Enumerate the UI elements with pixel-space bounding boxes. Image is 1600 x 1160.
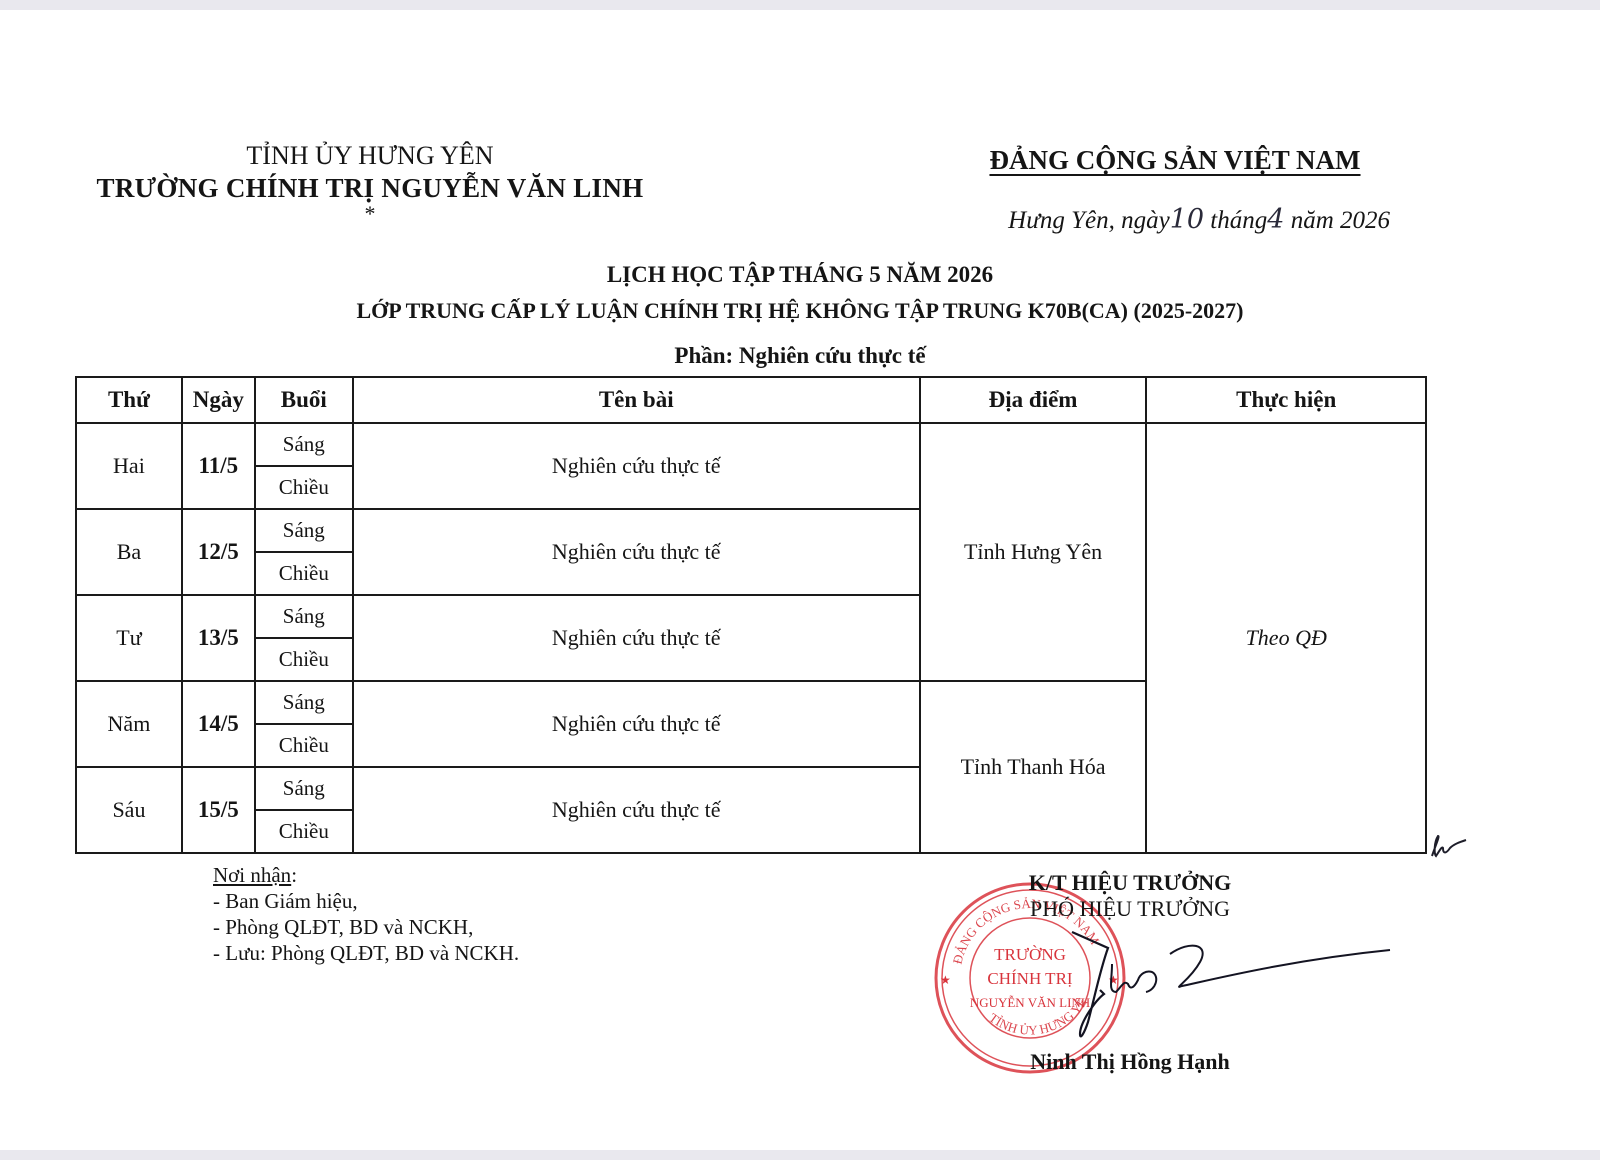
- document-page: TỈNH ỦY HƯNG YÊN TRƯỜNG CHÍNH TRỊ NGUYỄN…: [0, 10, 1600, 1150]
- col-header-ngay: Ngày: [182, 377, 255, 423]
- recipients-label: Nơi nhận: [213, 863, 291, 887]
- signer-role-primary: K/T HIỆU TRƯỞNG: [960, 870, 1300, 896]
- cell-ngay: 11/5: [182, 423, 255, 509]
- cell-ngay: 14/5: [182, 681, 255, 767]
- col-header-buoi: Buổi: [255, 377, 353, 423]
- cell-thuc-hien: Theo QĐ: [1146, 423, 1426, 853]
- table-row: Hai 11/5 Sáng Nghiên cứu thực tế Tỉnh Hư…: [76, 423, 1426, 466]
- handwritten-signature: [1050, 930, 1430, 1050]
- cell-ngay: 12/5: [182, 509, 255, 595]
- signer-role-secondary: PHÓ HIỆU TRƯỞNG: [960, 896, 1300, 922]
- recipients-block: Nơi nhận: - Ban Giám hiệu, - Phòng QLĐT,…: [213, 862, 519, 966]
- col-header-thu: Thứ: [76, 377, 182, 423]
- recipient-item: - Phòng QLĐT, BD và NCKH,: [213, 914, 519, 940]
- issuer-block: TỈNH ỦY HƯNG YÊN TRƯỜNG CHÍNH TRỊ NGUYỄN…: [80, 140, 660, 224]
- signature-block: K/T HIỆU TRƯỞNG PHÓ HIỆU TRƯỞNG: [960, 870, 1300, 922]
- table-header-row: Thứ Ngày Buổi Tên bài Địa điểm Thực hiện: [76, 377, 1426, 423]
- month-prefix: tháng: [1210, 207, 1267, 234]
- handwritten-month: 4: [1267, 204, 1284, 235]
- document-part: Phần: Nghiên cứu thực tế: [0, 343, 1600, 369]
- star-mark: *: [80, 204, 660, 224]
- cell-dia-diem: Tỉnh Thanh Hóa: [920, 681, 1147, 853]
- recipient-item: - Lưu: Phòng QLĐT, BD và NCKH.: [213, 940, 519, 966]
- cell-ngay: 13/5: [182, 595, 255, 681]
- date-prefix: Hưng Yên, ngày: [1008, 207, 1170, 234]
- cell-ten-bai: Nghiên cứu thực tế: [353, 767, 920, 853]
- national-header: ĐẢNG CỘNG SẢN VIỆT NAM Hưng Yên, ngày10 …: [940, 145, 1410, 235]
- cell-buoi-chieu: Chiều: [255, 724, 353, 767]
- cell-thu: Sáu: [76, 767, 182, 853]
- col-header-ten-bai: Tên bài: [353, 377, 920, 423]
- cell-buoi-chieu: Chiều: [255, 810, 353, 853]
- signer-name: Ninh Thị Hồng Hạnh: [960, 1049, 1300, 1075]
- cell-buoi-chieu: Chiều: [255, 552, 353, 595]
- schedule-table: Thứ Ngày Buổi Tên bài Địa điểm Thực hiện…: [75, 376, 1427, 854]
- cell-buoi-sang: Sáng: [255, 509, 353, 552]
- cell-thu: Năm: [76, 681, 182, 767]
- handwritten-initial: [1428, 830, 1468, 860]
- party-name: ĐẢNG CỘNG SẢN VIỆT NAM: [940, 145, 1410, 176]
- svg-text:★: ★: [940, 973, 951, 987]
- cell-ten-bai: Nghiên cứu thực tế: [353, 423, 920, 509]
- org-parent: TỈNH ỦY HƯNG YÊN: [80, 140, 660, 172]
- cell-buoi-sang: Sáng: [255, 767, 353, 810]
- cell-ngay: 15/5: [182, 767, 255, 853]
- recipient-item: - Ban Giám hiệu,: [213, 888, 519, 914]
- cell-thu: Tư: [76, 595, 182, 681]
- document-subtitle: LỚP TRUNG CẤP LÝ LUẬN CHÍNH TRỊ HỆ KHÔNG…: [0, 298, 1600, 324]
- year-text: năm 2026: [1291, 207, 1390, 234]
- cell-buoi-sang: Sáng: [255, 681, 353, 724]
- cell-thu: Ba: [76, 509, 182, 595]
- col-header-thuc-hien: Thực hiện: [1146, 377, 1426, 423]
- cell-dia-diem: Tỉnh Hưng Yên: [920, 423, 1147, 681]
- cell-ten-bai: Nghiên cứu thực tế: [353, 681, 920, 767]
- cell-buoi-chieu: Chiều: [255, 638, 353, 681]
- col-header-dia-diem: Địa điểm: [920, 377, 1147, 423]
- issue-date: Hưng Yên, ngày10 tháng4 năm 2026: [940, 204, 1410, 235]
- org-name: TRƯỜNG CHÍNH TRỊ NGUYỄN VĂN LINH: [80, 172, 660, 204]
- handwritten-day: 10: [1170, 204, 1204, 235]
- cell-buoi-chieu: Chiều: [255, 466, 353, 509]
- cell-buoi-sang: Sáng: [255, 423, 353, 466]
- cell-ten-bai: Nghiên cứu thực tế: [353, 509, 920, 595]
- cell-buoi-sang: Sáng: [255, 595, 353, 638]
- cell-ten-bai: Nghiên cứu thực tế: [353, 595, 920, 681]
- cell-thu: Hai: [76, 423, 182, 509]
- document-title: LỊCH HỌC TẬP THÁNG 5 NĂM 2026: [0, 262, 1600, 288]
